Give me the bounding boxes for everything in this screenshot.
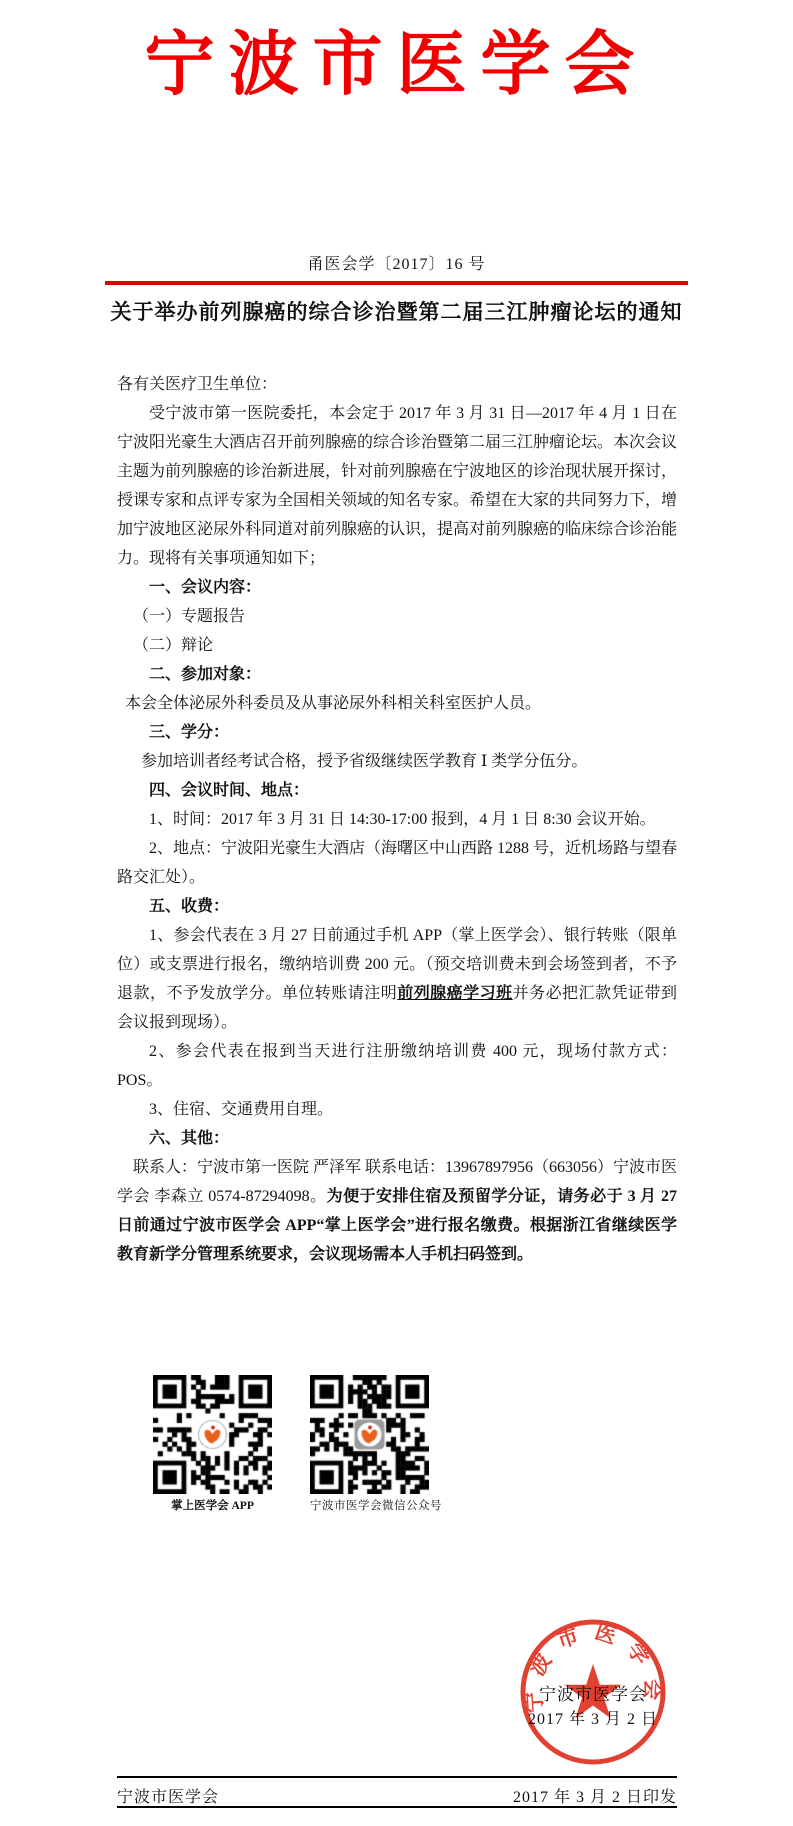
footer: 宁波市医学会 2017 年 3 月 2 日印发 (117, 1784, 677, 1807)
footer-rule-bottom (117, 1806, 677, 1808)
body-paragraph: 1、参会代表在 3 月 27 日前通过手机 APP（掌上医学会）、银行转账（限单… (117, 921, 677, 1037)
footer-org: 宁波市医学会 (117, 1784, 219, 1807)
notice-document-page: 宁波市医学会 甬医会学〔2017〕16 号 关于举办前列腺癌的综合诊治暨第二届三… (0, 0, 793, 1826)
body-paragraph: 2、地点：宁波阳光豪生大酒店（海曙区中山西路 1288 号，近机场路与望春路交汇… (117, 834, 677, 892)
section-heading: 三、学分： (117, 718, 677, 747)
qr-figure-wechat: 宁波市医学会微信公众号 (310, 1375, 429, 1513)
body-paragraph: 1、时间：2017 年 3 月 31 日 14:30-17:00 报到，4 月 … (117, 805, 677, 834)
qr-row: 掌上医学会 APP 宁波市医学会微信公众号 (153, 1375, 429, 1513)
doc-title: 关于举办前列腺癌的综合诊治暨第二届三江肿瘤论坛的通知 (0, 296, 793, 326)
red-divider-rule (105, 281, 688, 285)
section-heading: 五、收费： (117, 892, 677, 921)
document-body: 各有关医疗卫生单位：受宁波市第一医院委托，本会定于 2017 年 3 月 31 … (117, 370, 677, 1269)
body-paragraph: 联系人：宁波市第一医院 严泽军 联系电话：13967897956（663056）… (117, 1153, 677, 1269)
doc-number: 甬医会学〔2017〕16 号 (0, 251, 793, 274)
qr-figure-app: 掌上医学会 APP (153, 1375, 272, 1513)
official-seal: 宁波市医学会 (518, 1617, 668, 1767)
section-heading: 一、会议内容： (117, 573, 677, 602)
qr-caption-app: 掌上医学会 APP (153, 1497, 272, 1513)
qr-caption-wechat: 宁波市医学会微信公众号 (310, 1497, 429, 1513)
body-paragraph: 受宁波市第一医院委托，本会定于 2017 年 3 月 31 日—2017 年 4… (117, 399, 677, 573)
body-paragraph: 3、住宿、交通费用自理。 (117, 1095, 677, 1124)
body-paragraph: 本会全体泌尿外科委员及从事泌尿外科相关科室医护人员。 (117, 689, 677, 718)
body-paragraph: （一）专题报告 (117, 602, 677, 631)
section-heading: 六、其他： (117, 1124, 677, 1153)
body-paragraph: （二）辩论 (117, 631, 677, 660)
footer-rule-top (117, 1776, 677, 1778)
section-heading: 二、参加对象： (117, 660, 677, 689)
body-paragraph: 参加培训者经考试合格，授予省级继续医学教育 Ⅰ 类学分伍分。 (117, 747, 677, 776)
footer-print-date: 2017 年 3 月 2 日印发 (513, 1784, 677, 1807)
body-paragraph: 2、参会代表在报到当天进行注册缴纳培训费 400 元，现场付款方式：POS。 (117, 1037, 677, 1095)
org-title: 宁波市医学会 (0, 8, 793, 109)
body-paragraph: 各有关医疗卫生单位： (117, 370, 677, 399)
seal-star-icon (565, 1664, 622, 1718)
qr-code-app-icon (153, 1375, 272, 1494)
qr-code-wechat-icon (310, 1375, 429, 1494)
section-heading: 四、会议时间、地点： (117, 776, 677, 805)
